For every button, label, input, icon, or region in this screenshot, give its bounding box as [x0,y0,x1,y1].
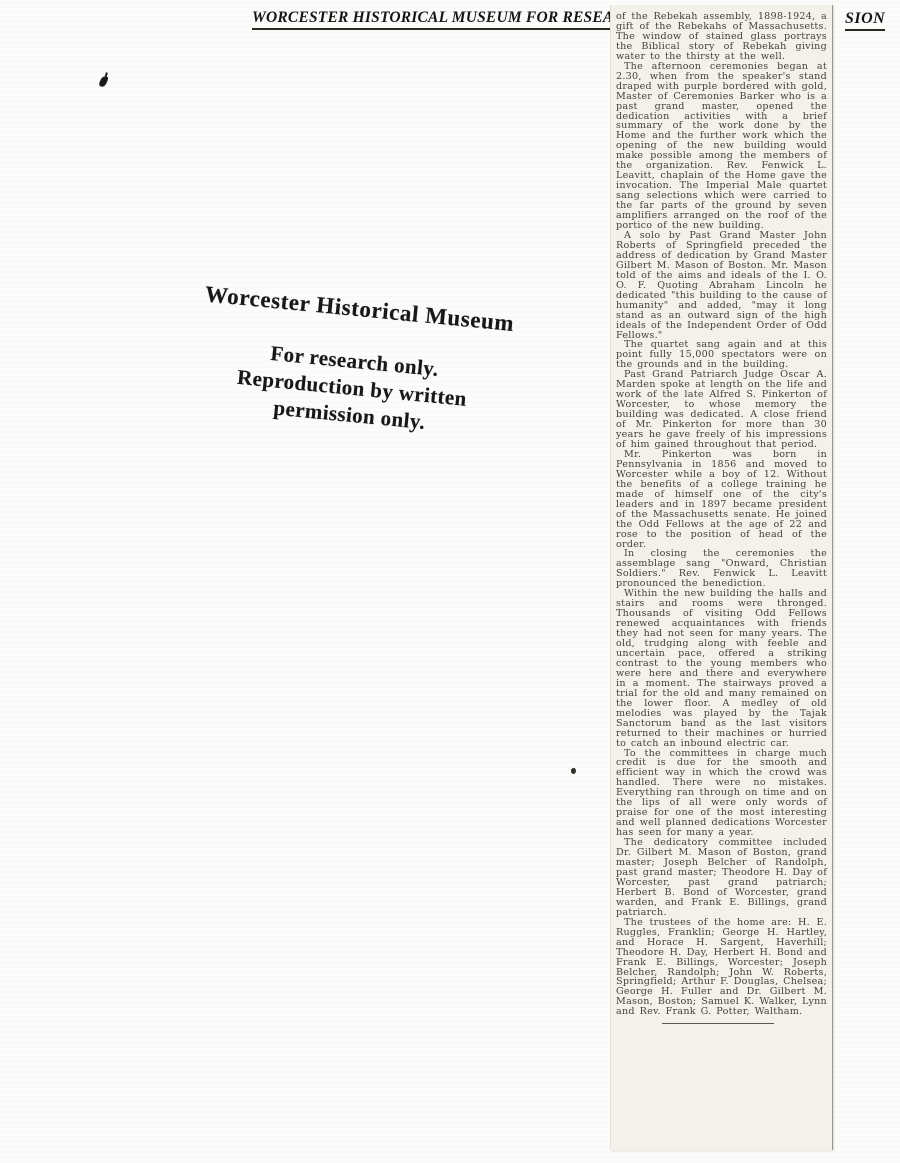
clipping-paragraph: The dedicatory committee included Dr. Gi… [616,838,827,918]
clipping-paragraph: A solo by Past Grand Master John Roberts… [616,231,827,340]
clipping-paragraph: The afternoon ceremonies began at 2.30, … [616,62,827,231]
ink-blot-mark [98,75,108,88]
clipping-paragraph: Within the new building the halls and st… [616,589,827,748]
clipping-paragraph: In closing the ceremonies the assemblage… [616,549,827,589]
ink-speck-mark [570,768,576,775]
clipping-paragraph: Mr. Pinkerton was born in Pennsylvania i… [616,450,827,550]
archive-header-right-fragment: SION [845,10,885,31]
archive-header-left: WORCESTER HISTORICAL MUSEUM FOR RESEARCH… [252,9,612,30]
article-end-rule [662,1023,774,1024]
clipping-paragraph: The trustees of the home are: H. E. Rugg… [616,918,827,1018]
newspaper-clipping: of the Rebekah assembly, 1898-1924, a gi… [610,5,833,1150]
clipping-paragraph: Past Grand Patriarch Judge Oscar A. Mard… [616,370,827,450]
clipping-paragraph: To the committees in charge much credit … [616,749,827,839]
museum-ink-stamp: Worcester Historical Museum For research… [176,280,532,445]
stamp-museum-name: Worcester Historical Museum [187,280,533,339]
clipping-paragraph: The quartet sang again and at this point… [616,340,827,370]
clipping-paragraph: of the Rebekah assembly, 1898-1924, a gi… [616,12,827,62]
clipping-text-column: of the Rebekah assembly, 1898-1924, a gi… [616,12,827,1017]
